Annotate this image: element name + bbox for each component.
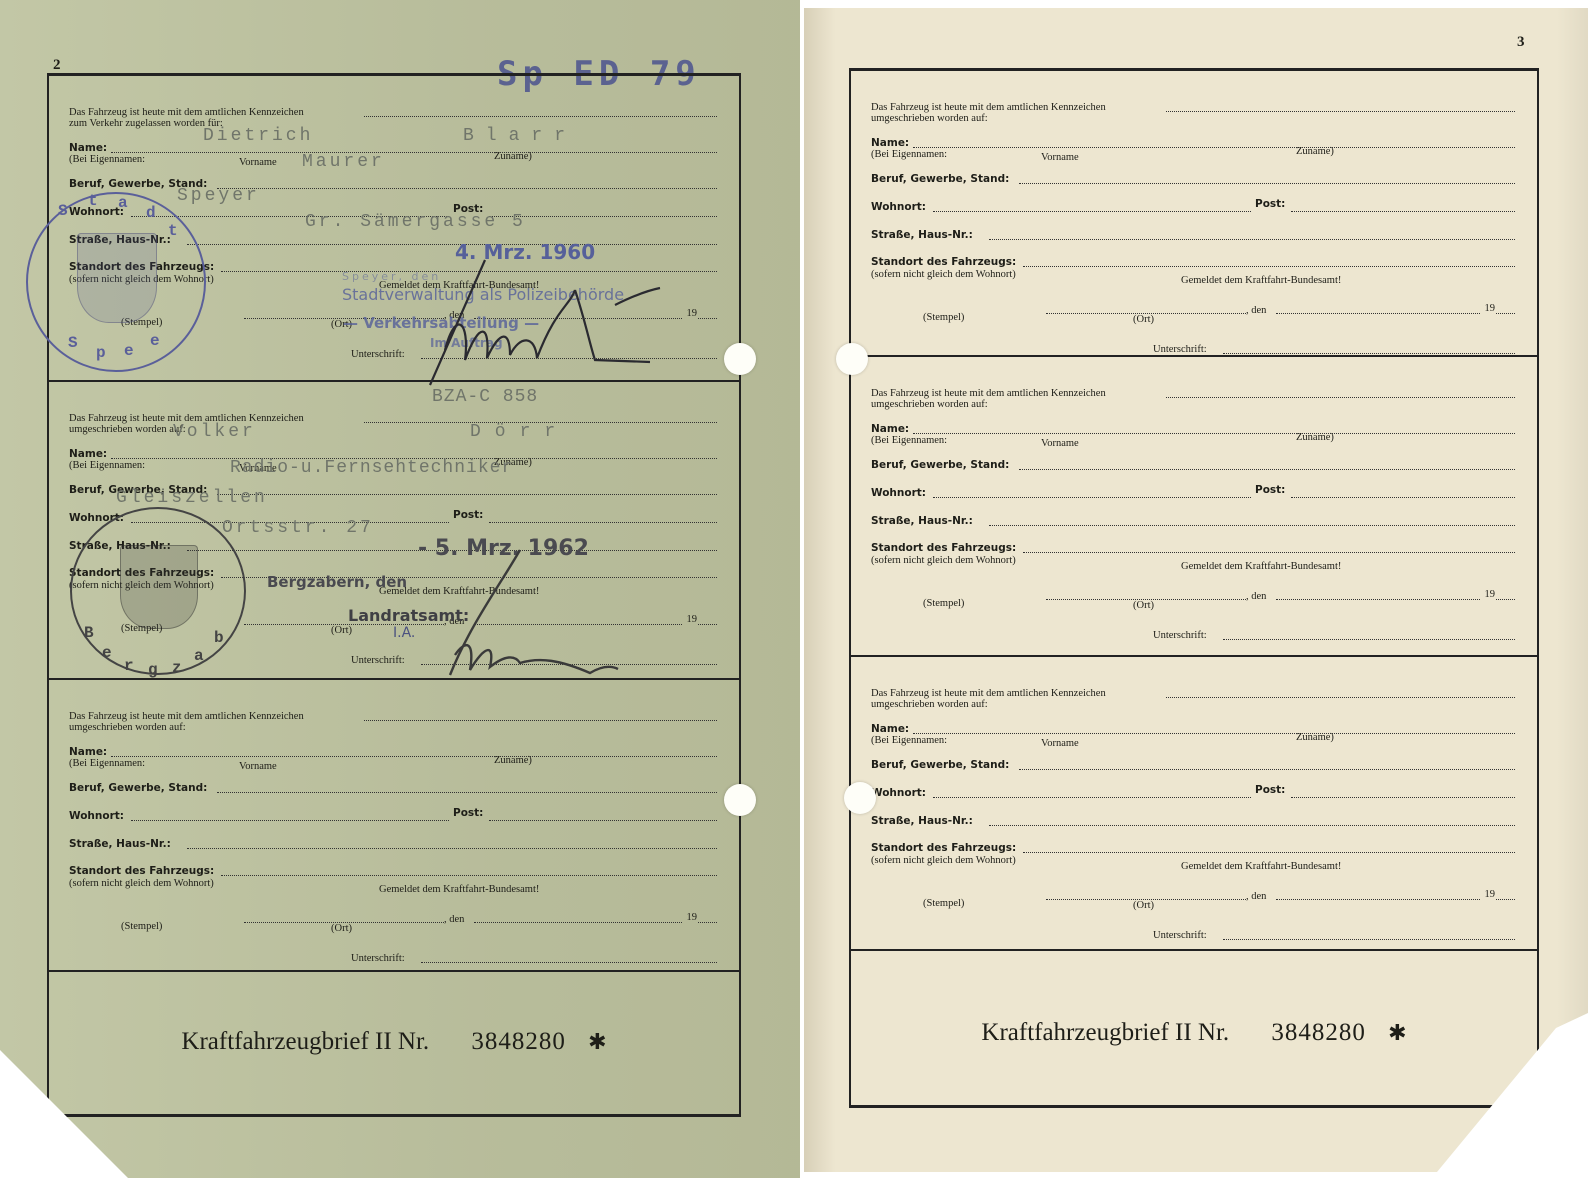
date-field[interactable] [1276,899,1480,900]
typed-vorname: Volker [173,422,256,442]
wohnort-label: Wohnort: [871,787,926,799]
typed-beruf: Maurer [302,152,385,172]
page-number: 3 [1517,34,1525,51]
post-label: Post: [1255,484,1285,497]
intro-text-2: umgeschrieben worden auf: [69,722,186,733]
gemeldet-note: Gemeldet dem Kraftfahrt-Bundesamt! [1181,560,1341,573]
intro-text-2: umgeschrieben worden auf: [69,424,186,435]
standort-label: Standort des Fahrzeugs: [871,542,1016,554]
year-field[interactable] [1496,599,1515,600]
standort-hint-row: (sofern nicht gleich dem Wohnort)Gemelde… [871,268,1515,281]
wohnort-field[interactable] [933,211,1251,212]
city-seal: Stadt Spee [26,192,206,372]
wohnort-label: Wohnort: [871,487,926,499]
zuname-label: Zuname) [494,754,532,767]
signature-2 [430,545,630,685]
zuname-label: Zuname) [1296,431,1334,444]
beruf-row: Beruf, Gewerbe, Stand: [69,178,717,191]
strasse-field[interactable] [187,244,717,245]
typed-wohnort: Gleiszellen [116,488,268,508]
wohnort-row: Wohnort:Post: [871,487,1515,500]
document-title: Kraftfahrzeugbrief II [981,1019,1191,1046]
year-field[interactable] [1496,313,1515,314]
unterschrift-label: Unterschrift: [351,654,405,667]
year-field[interactable] [698,624,717,625]
signature-field[interactable] [1223,639,1515,640]
gemeldet-note: Gemeldet dem Kraftfahrt-Bundesamt! [1181,860,1341,873]
date-field[interactable] [1276,313,1480,314]
year-prefix: 19 [687,307,698,320]
post-field[interactable] [1291,211,1515,212]
intro-text-2: umgeschrieben worden auf: [871,699,988,710]
year-prefix: 19 [1485,888,1496,901]
strasse-label: Straße, Haus-Nr.: [871,229,973,241]
unterschrift-label: Unterschrift: [1153,629,1207,642]
post-label: Post: [1255,784,1285,797]
wohnort-row: Wohnort:Post: [871,201,1515,214]
standort-hint: (sofern nicht gleich dem Wohnort) [871,269,1016,280]
nr-label: Nr. [398,1028,429,1055]
bei-eigennamen-label: (Bei Eigennamen: [69,460,145,471]
strasse-field[interactable] [187,848,717,849]
authority-stamp-line: Bergzabern, den [267,573,407,591]
entry-section-3: Das Fahrzeug ist heute mit dem amtlichen… [851,657,1537,951]
standort-field[interactable] [1023,852,1515,853]
document-footer: Kraftfahrzeugbrief II Nr. 3848280 ✱ [49,1028,739,1056]
post-label: Post: [453,807,483,820]
beruf-field[interactable] [1019,183,1515,184]
post-field[interactable] [1291,797,1515,798]
name-hint-row: (Bei Eigennamen:VornameZuname) [871,734,1515,747]
intro-text-2: umgeschrieben worden auf: [871,113,988,124]
zuname-label: Zuname) [494,150,532,163]
beruf-label: Beruf, Gewerbe, Stand: [871,173,1009,185]
strasse-row: Straße, Haus-Nr.: [871,229,1515,242]
bei-eigennamen-label: (Bei Eigennamen: [871,735,947,746]
intro-line-2: zum Verkehr zugelassen worden für: [69,117,717,130]
wohnort-label: Wohnort: [69,810,124,822]
typed-strasse: Ortsstr. 27 [222,518,374,538]
authority-stamp-line: I.A. [393,625,415,641]
bei-eigennamen-label: (Bei Eigennamen: [871,435,947,446]
den-label: , den [1246,590,1266,603]
punch-hole [844,782,876,814]
beruf-field[interactable] [1019,769,1515,770]
gemeldet-note: Gemeldet dem Kraftfahrt-Bundesamt! [1181,274,1341,287]
unterschrift-label: Unterschrift: [1153,343,1207,356]
ort-label: (Ort) [331,624,352,637]
intro-line-2: umgeschrieben worden auf: [69,423,717,436]
unterschrift-label: Unterschrift: [1153,929,1207,942]
standort-hint: (sofern nicht gleich dem Wohnort) [871,555,1016,566]
strasse-label: Straße, Haus-Nr.: [871,515,973,527]
punch-hole [724,784,756,816]
name-hint-row: (Bei Eigennamen:VornameZuname) [871,148,1515,161]
stempel-label: (Stempel) [923,597,964,610]
intro-line-2: umgeschrieben worden auf: [69,721,717,734]
name-hint-row: (Bei Eigennamen:VornameZuname) [69,757,717,770]
strasse-row: Straße, Haus-Nr.: [69,838,717,851]
intro-text-2: umgeschrieben worden auf: [871,399,988,410]
post-label: Post: [1255,198,1285,211]
zuname-label: Zuname) [1296,145,1334,158]
intro-line-2: umgeschrieben worden auf: [871,698,1515,711]
standort-hint: (sofern nicht gleich dem Wohnort) [69,878,214,889]
entry-section-1: Das Fahrzeug ist heute mit dem amtlichen… [851,71,1537,357]
wohnort-field[interactable] [933,497,1251,498]
strasse-row: Straße, Haus-Nr.: [871,515,1515,528]
post-label: Post: [453,509,483,522]
year-prefix: 19 [1485,588,1496,601]
den-label: , den [1246,304,1266,317]
document-title: Kraftfahrzeugbrief II [181,1028,391,1055]
bei-eigennamen-label: (Bei Eigennamen: [871,149,947,160]
document-number: 3848280 [471,1028,566,1055]
beruf-row: Beruf, Gewerbe, Stand: [871,459,1515,472]
typed-vorname: Dietrich [203,126,313,146]
signature-1 [425,250,665,390]
vorname-label: Vorname [1041,151,1079,164]
vorname-label: Vorname [239,760,277,773]
typed-zuname: Dörr [470,422,569,442]
unterschrift-label: Unterschrift: [351,348,405,361]
entry-section-3: Das Fahrzeug ist heute mit dem amtlichen… [49,680,739,972]
form-frame: Das Fahrzeug ist heute mit dem amtlichen… [849,68,1539,1108]
standort-label: Standort des Fahrzeugs: [69,865,214,877]
wohnort-label: Wohnort: [871,201,926,213]
standort-field[interactable] [1023,266,1515,267]
strasse-label: Straße, Haus-Nr.: [69,838,171,850]
year-prefix: 19 [1485,302,1496,315]
document-number: 3848280 [1271,1019,1366,1046]
name-hint-row: (Bei Eigennamen:VornameZuname) [871,434,1515,447]
zuname-label: Zuname) [1296,731,1334,744]
standort-hint-row: (sofern nicht gleich dem Wohnort)Gemelde… [69,877,717,890]
date-field[interactable] [1276,599,1480,600]
post-field[interactable] [489,522,717,523]
beruf-field[interactable] [217,188,717,189]
ort-label: (Ort) [1133,313,1154,326]
wohnort-row: Wohnort:Post: [871,787,1515,800]
standort-label: Standort des Fahrzeugs: [871,256,1016,268]
ort-label: (Ort) [331,922,352,935]
bei-eigennamen-label: (Bei Eigennamen: [69,758,145,769]
punch-hole [724,343,756,375]
beruf-row: Beruf, Gewerbe, Stand: [871,759,1515,772]
intro-line-2: umgeschrieben worden auf: [871,112,1515,125]
strasse-label: Straße, Haus-Nr.: [871,815,973,827]
beruf-label: Beruf, Gewerbe, Stand: [871,459,1009,471]
standort-field[interactable] [221,875,717,876]
intro-text-2: zum Verkehr zugelassen worden für: [69,118,223,129]
stempel-label: (Stempel) [121,920,162,933]
den-label: , den [1246,890,1266,903]
beruf-row: Beruf, Gewerbe, Stand: [69,782,717,795]
coat-of-arms-icon [120,545,198,629]
vorname-label: Vorname [1041,737,1079,750]
year-field[interactable] [698,922,717,923]
district-office-seal: Bergzab [70,507,246,675]
gemeldet-note: Gemeldet dem Kraftfahrt-Bundesamt! [379,883,539,896]
star-icon: ✱ [1388,1020,1406,1045]
ort-label: (Ort) [1133,899,1154,912]
beruf-field[interactable] [1019,469,1515,470]
strasse-field[interactable] [989,525,1515,526]
nr-label: Nr. [1198,1019,1229,1046]
standort-label: Standort des Fahrzeugs: [871,842,1016,854]
typed-wohnort: Speyer [177,186,260,206]
standort-field[interactable] [1023,552,1515,553]
vorname-label: Vorname [239,156,277,169]
signature-field[interactable] [1223,939,1515,940]
coat-of-arms-icon [77,233,156,323]
page-number: 2 [53,57,61,74]
intro-line-2: umgeschrieben worden auf: [871,398,1515,411]
standort-hint: (sofern nicht gleich dem Wohnort) [871,855,1016,866]
year-field[interactable] [1496,899,1515,900]
date-field[interactable] [474,922,682,923]
strasse-field[interactable] [989,239,1515,240]
typed-kennzeichen: BZA-C 858 [432,387,538,407]
post-field[interactable] [489,820,717,821]
beruf-label: Beruf, Gewerbe, Stand: [871,759,1009,771]
post-field[interactable] [1291,497,1515,498]
year-field[interactable] [698,318,717,319]
beruf-row: Beruf, Gewerbe, Stand: [871,173,1515,186]
punch-hole [836,343,868,375]
year-prefix: 19 [687,911,698,924]
beruf-field[interactable] [217,792,717,793]
name-hint-row: (Bei Eigennamen:VornameZuname) [69,153,717,166]
beruf-label: Beruf, Gewerbe, Stand: [69,782,207,794]
star-icon: ✱ [588,1029,606,1054]
document-footer: Kraftfahrzeugbrief II Nr. 3848280 ✱ [851,1019,1537,1047]
typed-strasse: Gr. Sämergasse 5 [305,212,526,232]
wohnort-row: Wohnort:Post: [69,810,717,823]
left-page: 2 Sp ED 79 Das Fahrzeug ist heute mit de… [0,0,800,1178]
year-prefix: 19 [687,613,698,626]
wohnort-field[interactable] [933,797,1251,798]
stempel-label: (Stempel) [923,897,964,910]
signature-field[interactable] [421,962,717,963]
typed-zuname: Blarr [463,126,577,146]
beruf-field[interactable] [217,494,717,495]
typed-beruf: Radio-u.Fernsehtechniker [230,458,513,478]
bei-eigennamen-label: (Bei Eigennamen: [69,154,145,165]
right-page: 3 Das Fahrzeug ist heute mit dem amtlich… [804,8,1588,1172]
standort-hint-row: (sofern nicht gleich dem Wohnort)Gemelde… [871,854,1515,867]
entry-section-2: Das Fahrzeug ist heute mit dem amtlichen… [851,357,1537,657]
strasse-row: Straße, Haus-Nr.: [871,815,1515,828]
stempel-label: (Stempel) [923,311,964,324]
ort-label: (Ort) [1133,599,1154,612]
strasse-field[interactable] [989,825,1515,826]
unterschrift-label: Unterschrift: [351,952,405,965]
signature-field[interactable] [1223,353,1515,354]
standort-hint-row: (sofern nicht gleich dem Wohnort)Gemelde… [871,554,1515,567]
wohnort-field[interactable] [131,820,449,821]
den-label: , den [444,913,464,926]
vorname-label: Vorname [1041,437,1079,450]
